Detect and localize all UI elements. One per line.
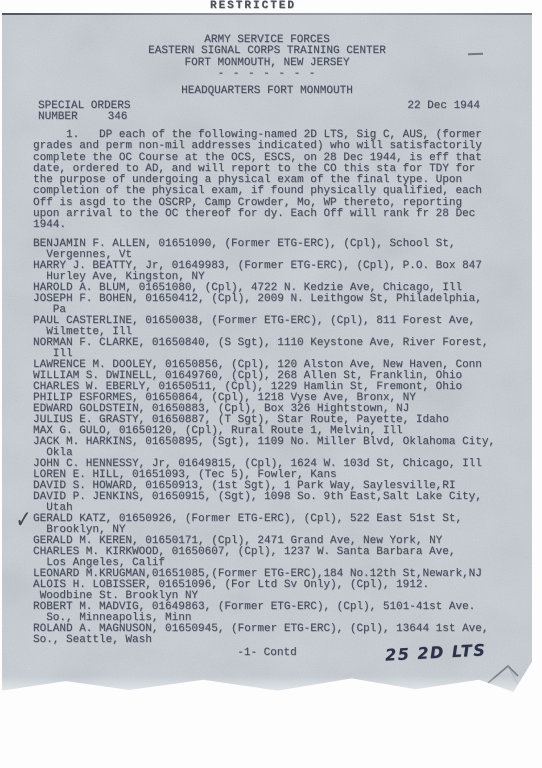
roster-entry: DAVID P. JENKINS, 01650915, (Sgt), 1098 … — [33, 492, 495, 514]
paper-fold-crease — [462, 653, 524, 695]
roster-entry: JACK M. HARKINS, 01650895, (Sgt), 1109 N… — [33, 437, 495, 459]
roster-entry: ROBERT M. MADVIG, 01649863, (Former ETG-… — [33, 602, 495, 624]
classification-banner: RESTRICTED — [0, 0, 542, 13]
roster-entry: HARRY J. BEATTY, Jr, 01649983, (Former E… — [33, 261, 495, 283]
roster-entry: ALOIS H. LOBISSER, 01651096, (For Ltd Sv… — [33, 580, 495, 602]
margin-checkmark-icon: ✓ — [17, 502, 31, 538]
roster-entry: JOSEPH F. BOHEN, 01650412, (Cpl), 2009 N… — [33, 294, 495, 316]
number-value: 346 — [108, 111, 128, 123]
document-paper: ARMY SERVICE FORCES EASTERN SIGNAL CORPS… — [2, 13, 532, 692]
roster-entry: BENJAMIN F. ALLEN, 01651090, (Former ETG… — [33, 239, 495, 261]
orders-paragraph: 1. DP each of the following-named 2D LTS… — [33, 130, 482, 232]
header-separator: - - - - - - - — [2, 69, 532, 80]
roster-entry: NORMAN F. CLARKE, 01650840, (S Sgt), 111… — [33, 338, 495, 360]
roster-entry: GERALD KATZ, 01650926, (Former ETG-ERC),… — [33, 514, 495, 536]
header-center-line: EASTERN SIGNAL CORPS TRAINING CENTER — [2, 46, 532, 57]
roster-entry: CHARLES M. KIRKWOOD, 01650607, (Cpl), 12… — [33, 547, 495, 569]
officer-roster: BENJAMIN F. ALLEN, 01651090, (Former ETG… — [33, 239, 495, 646]
orders-date: 22 Dec 1944 — [407, 101, 480, 124]
document-header: ARMY SERVICE FORCES EASTERN SIGNAL CORPS… — [2, 35, 532, 97]
roster-entry: PAUL CASTERLINE, 01650038, (Former ETG-E… — [33, 316, 495, 338]
orders-title-row: SPECIAL ORDERS NUMBER346 22 Dec 1944 — [2, 101, 532, 124]
classification-text: RESTRICTED — [210, 0, 296, 13]
document-content: ARMY SERVICE FORCES EASTERN SIGNAL CORPS… — [2, 13, 532, 692]
orders-number-line: NUMBER346 — [38, 112, 130, 123]
number-label: NUMBER — [38, 111, 78, 123]
orders-title-block: SPECIAL ORDERS NUMBER346 — [38, 101, 130, 124]
scanned-document-page: RESTRICTED ARMY SERVICE FORCES EASTERN S… — [0, 0, 542, 768]
header-hq-line: HEADQUARTERS FORT MONMOUTH — [2, 86, 532, 97]
